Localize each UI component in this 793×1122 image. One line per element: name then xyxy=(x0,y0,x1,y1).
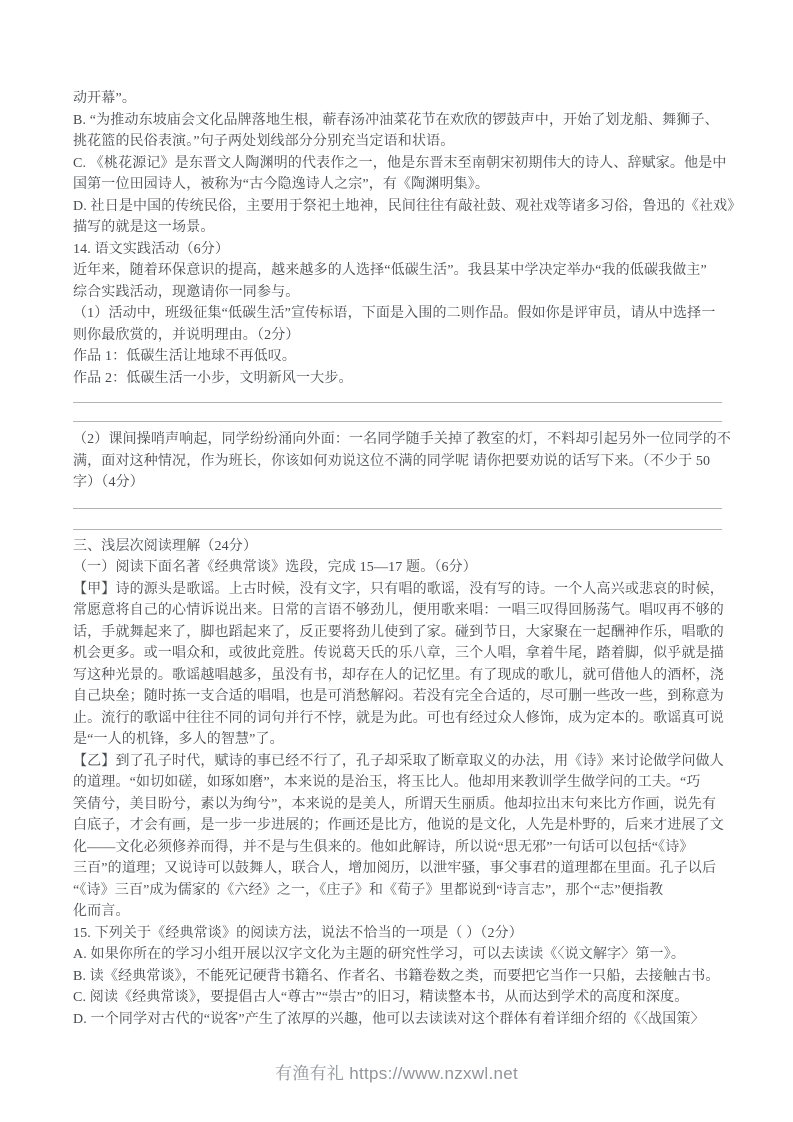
text-line: 14. 语文实践活动（6分） xyxy=(73,239,725,261)
text-line: 满，面对这种情况，作为班长，你该如何劝说这位不满的同学呢 请你把要劝说的话写下来… xyxy=(73,451,725,473)
spacer xyxy=(73,494,725,508)
text-line: 近年来，随着环保意识的提高，越来越多的人选择“低碳生活”。我县某中学决定举办“我… xyxy=(73,260,725,282)
text-line: 三百”的道理；又说诗可以鼓舞人，联合人，增加阅历，以泄牢骚，事父事君的道理都在里… xyxy=(73,858,725,880)
text-line: C. 《桃花源记》是东晋文人陶渊明的代表作之一，他是东晋末至南朝宋初期伟大的诗人… xyxy=(73,153,725,175)
spacer xyxy=(73,509,725,529)
text-line: 三、浅层次阅读理解（24分） xyxy=(73,536,725,558)
text-line: 综合实践活动，现邀请你一同参与。 xyxy=(73,282,725,304)
text-line: C. 阅读《经典常谈》，要提倡古人“尊古”“崇古”的旧习，精读整本书，从而达到学… xyxy=(73,987,725,1009)
spacer xyxy=(73,389,725,402)
watermark-footer: 有渔有礼 https://www.nzxwl.net xyxy=(0,1062,793,1086)
text-line: 作品 2：低碳生活一小步，文明新风一大步。 xyxy=(73,368,725,390)
text-line: （2）课间操哨声响起，同学纷纷涌向外面：一名同学随手关掉了教室的灯，不料却引起另… xyxy=(73,429,725,451)
text-line: 止。流行的歌谣中往往不同的词句并行不悖，就是为此。可也有经过众人修饰，成为定本的… xyxy=(73,708,725,730)
text-line: 写这种光景的。歌谣越唱越多，虽没有书，却存在人的记忆里。有了现成的歌儿，就可借他… xyxy=(73,665,725,687)
text-line: 白底子，才会有画，是一步一步进展的；作画还是比方，他说的是文化，人先是朴野的，后… xyxy=(73,815,725,837)
text-line: 则你最欣赏的，并说明理由。（2分） xyxy=(73,325,725,347)
text-line: 作品 1：低碳生活让地球不再低叹。 xyxy=(73,346,725,368)
spacer xyxy=(73,422,725,429)
text-line: 机会更多。或一唱众和，或彼此竞胜。传说葛天氏的乐八章，三个人唱，拿着牛尾，踏着脚… xyxy=(73,643,725,665)
text-line: B. “为推动东坡庙会文化品牌落地生根，蕲春汤冲油菜花节在欢欣的锣鼓声中，开始了… xyxy=(73,110,725,132)
text-line: 的道理。“如切如磋，如琢如磨”，本来说的是治玉，将玉比人。他却用来教训学生做学问… xyxy=(73,772,725,794)
text-line: （一）阅读下面名著《经典常谈》选段，完成 15—17 题。（6分） xyxy=(73,557,725,579)
spacer xyxy=(73,403,725,421)
text-line: 挑花篮的民俗表演。”句子两处划线部分分别充当定语和状语。 xyxy=(73,131,725,153)
text-line: 化——文化必须修养而得，并不是与生俱来的。他如此解诗，所以说“思无邪”一句话可以… xyxy=(73,837,725,859)
text-line: “《诗》三百”成为儒家的《六经》之一，《庄子》和《荀子》里都说到“诗言志”，那个… xyxy=(73,880,725,902)
text-line: 常愿意将自己的心情诉说出来。日常的言语不够劲儿，便用歌来唱：一唱三叹得回肠荡气。… xyxy=(73,600,725,622)
text-line: D. 一个同学对古代的“说客”产生了浓厚的兴趣，他可以去读读对这个群体有着详细介… xyxy=(73,1009,725,1031)
text-line: 【甲】诗的源头是歌谣。上古时候，没有文字，只有唱的歌谣，没有写的诗。一个人高兴或… xyxy=(73,579,725,601)
text-line: 【乙】到了孔子时代，赋诗的事已经不行了，孔子却采取了断章取义的办法，用《诗》来讨… xyxy=(73,751,725,773)
text-line: 是“一人的机锋，多人的智慧”了。 xyxy=(73,729,725,751)
text-line: 笑倩兮，美目盼兮，素以为绚兮”，本来说的是美人，所谓天生丽质。他却拉出末句来比方… xyxy=(73,794,725,816)
text-line: 话，手就舞起来了，脚也蹈起来了，反正要将劲儿使到了家。碰到节日，大家聚在一起酬神… xyxy=(73,622,725,644)
text-line: 字）（4分） xyxy=(73,472,725,494)
text-line: 自己块垒；随时拣一支合适的唱唱，也是可消愁解闷。若没有完全合适的，尽可删一些改一… xyxy=(73,686,725,708)
text-line: 15. 下列关于《经典常谈》的阅读方法，说法不恰当的一项是（ ）（2分） xyxy=(73,923,725,945)
text-line: B. 读《经典常谈》，不能死记硬背书籍名、作者名、书籍卷数之类，而要把它当作一只… xyxy=(73,966,725,988)
text-line: A. 如果你所在的学习小组开展以汉字文化为主题的研究性学习，可以去读读《〈说文解… xyxy=(73,944,725,966)
text-line: 化而言。 xyxy=(73,901,725,923)
document-body: 动开幕”。B. “为推动东坡庙会文化品牌落地生根，蕲春汤冲油菜花节在欢欣的锣鼓声… xyxy=(73,88,725,1030)
text-line: 动开幕”。 xyxy=(73,88,725,110)
text-line: （1）活动中，班级征集“低碳生活”宣传标语，下面是入围的二则作品。假如你是评审员… xyxy=(73,303,725,325)
text-line: 描写的就是这一场景。 xyxy=(73,217,725,239)
text-line: 国第一位田园诗人，被称为“古今隐逸诗人之宗”，有《陶渊明集》。 xyxy=(73,174,725,196)
text-line: D. 社日是中国的传统民俗，主要用于祭祀土地神，民间往往有敲社鼓、观社戏等诸多习… xyxy=(73,196,725,218)
exam-page: { "page": { "background": "#ffffff", "te… xyxy=(0,0,793,1122)
